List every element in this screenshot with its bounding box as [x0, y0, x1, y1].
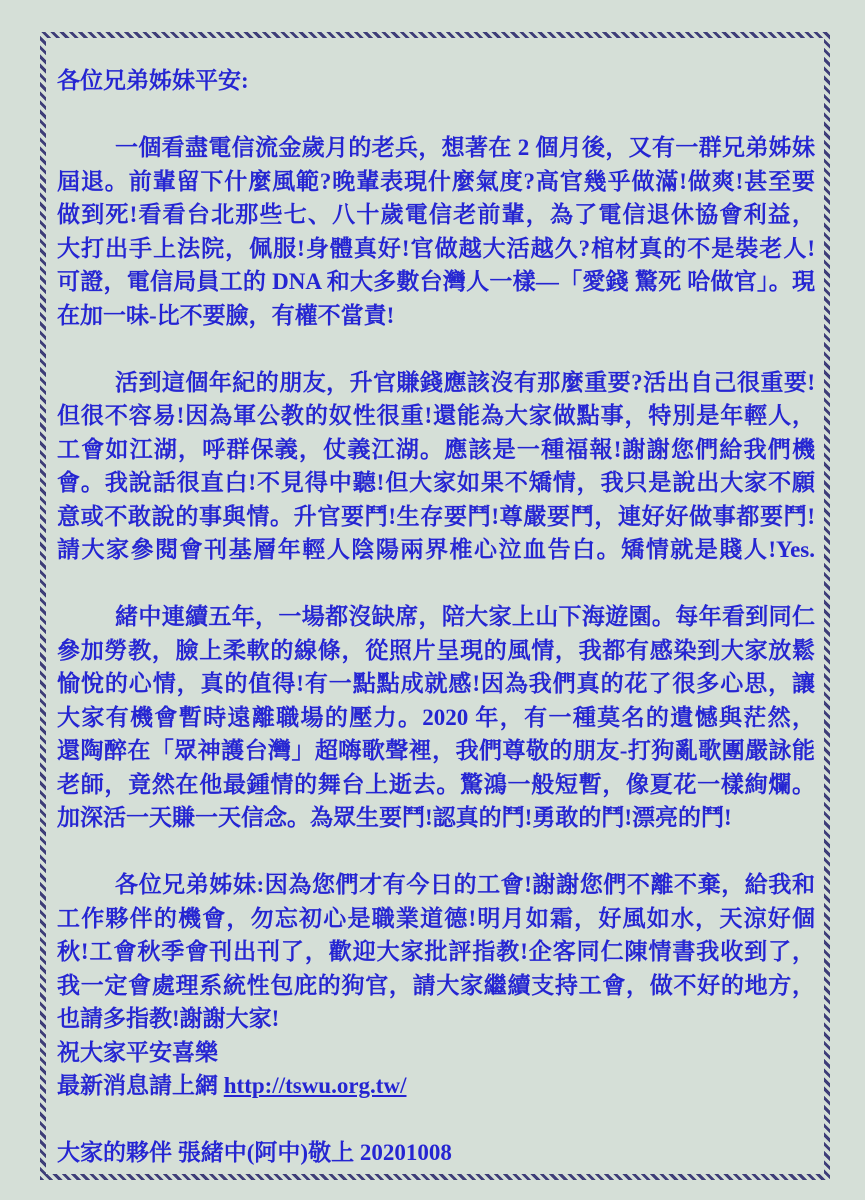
paragraph-3: 緒中連續五年，一場都沒缺席，陪大家上山下海遊園。每年看到同仁 參加勞教，臉上柔軟… [57, 600, 815, 835]
paragraph-line: 屆退。前輩留下什麼風範?晚輩表現什麼氣度?高官幾乎做滿!做爽!甚至要 [57, 165, 815, 199]
blank-line [57, 1103, 815, 1137]
paragraph-line: 也請多指教!謝謝大家! [57, 1002, 815, 1036]
paragraph-line: 活到這個年紀的朋友，升官賺錢應該沒有那麼重要?活出自己很重要! [57, 366, 815, 400]
paragraph-line: 在加一味-比不要臉，有權不當責! [57, 299, 815, 333]
paragraph-line: 愉悅的心情，真的值得!有一點點成就感!因為我們真的花了很多心思，讓 [57, 667, 815, 701]
website-label: 最新消息請上網 [57, 1073, 224, 1098]
paragraph-line: 會。我說話很直白!不見得中聽!但大家如果不矯情，我只是說出大家不願 [57, 466, 815, 500]
blank-line [57, 98, 815, 132]
paragraph-line: 加深活一天賺一天信念。為眾生要鬥!認真的鬥!勇敢的鬥!漂亮的鬥! [57, 801, 815, 835]
letter-content: 各位兄弟姊妹平安: 一個看盡電信流金歲月的老兵，想著在 2 個月後，又有一群兄弟… [46, 38, 824, 1170]
paragraph-line: 參加勞教，臉上柔軟的線條，從照片呈現的風情，我都有感染到大家放鬆 [57, 634, 815, 668]
paragraph-line: 老師，竟然在他最鍾情的舞台上逝去。驚鴻一般短暫，像夏花一樣絢爛。 [57, 768, 815, 802]
website-link[interactable]: http://tswu.org.tw/ [224, 1073, 407, 1098]
paragraph-line: 秋!工會秋季會刊出刊了，歡迎大家批評指教!企客同仁陳情書我收到了， [57, 935, 815, 969]
paragraph-line: 我一定會處理系統性包庇的狗官，請大家繼續支持工會，做不好的地方， [57, 969, 815, 1003]
blank-line [57, 332, 815, 366]
signature-line: 大家的夥伴 張緒中(阿中)敬上 20201008 [57, 1136, 815, 1170]
blank-line [57, 835, 815, 869]
paragraph-1: 一個看盡電信流金歲月的老兵，想著在 2 個月後，又有一群兄弟姊妹 屆退。前輩留下… [57, 131, 815, 332]
paragraph-line: 工作夥伴的機會，勿忘初心是職業道德!明月如霜，好風如水，天涼好個 [57, 902, 815, 936]
paragraph-line: 請大家參閱會刊基層年輕人陰陽兩界椎心泣血告白。矯情就是賤人!Yes. [57, 533, 815, 567]
letter-page: 各位兄弟姊妹平安: 一個看盡電信流金歲月的老兵，想著在 2 個月後，又有一群兄弟… [0, 0, 865, 1200]
paragraph-line: 可證，電信局員工的 DNA 和大多數台灣人一樣—「愛錢 驚死 哈做官」。現 [57, 265, 815, 299]
paragraph-4: 各位兄弟姊妹:因為您們才有今日的工會!謝謝您們不離不棄，給我和 工作夥伴的機會，… [57, 868, 815, 1036]
salutation: 各位兄弟姊妹平安: [57, 64, 815, 98]
blessing-line: 祝大家平安喜樂 [57, 1036, 815, 1070]
paragraph-line: 但很不容易!因為軍公教的奴性很重!還能為大家做點事，特別是年輕人， [57, 399, 815, 433]
paragraph-line: 工會如江湖，呼群保義，仗義江湖。應該是一種福報!謝謝您們給我們機 [57, 433, 815, 467]
paragraph-line: 還陶醉在「眾神護台灣」超嗨歌聲裡，我們尊敬的朋友-打狗亂歌團嚴詠能 [57, 734, 815, 768]
blank-line [57, 567, 815, 601]
paragraph-2: 活到這個年紀的朋友，升官賺錢應該沒有那麼重要?活出自己很重要! 但很不容易!因為… [57, 366, 815, 567]
paragraph-line: 大打出手上法院，佩服!身體真好!官做越大活越久?棺材真的不是裝老人! [57, 232, 815, 266]
paragraph-line: 做到死!看看台北那些七、八十歲電信老前輩，為了電信退休協會利益， [57, 198, 815, 232]
paragraph-line: 緒中連續五年，一場都沒缺席，陪大家上山下海遊園。每年看到同仁 [57, 600, 815, 634]
paragraph-line: 一個看盡電信流金歲月的老兵，想著在 2 個月後，又有一群兄弟姊妹 [57, 131, 815, 165]
paragraph-line: 大家有機會暫時遠離職場的壓力。2020 年，有一種莫名的遺憾與茫然， [57, 701, 815, 735]
decorative-border: 各位兄弟姊妹平安: 一個看盡電信流金歲月的老兵，想著在 2 個月後，又有一群兄弟… [40, 32, 830, 1180]
paragraph-line: 意或不敢說的事與情。升官要鬥!生存要鬥!尊嚴要鬥，連好好做事都要鬥! [57, 500, 815, 534]
website-line: 最新消息請上網 http://tswu.org.tw/ [57, 1069, 815, 1103]
paragraph-line: 各位兄弟姊妹:因為您們才有今日的工會!謝謝您們不離不棄，給我和 [57, 868, 815, 902]
